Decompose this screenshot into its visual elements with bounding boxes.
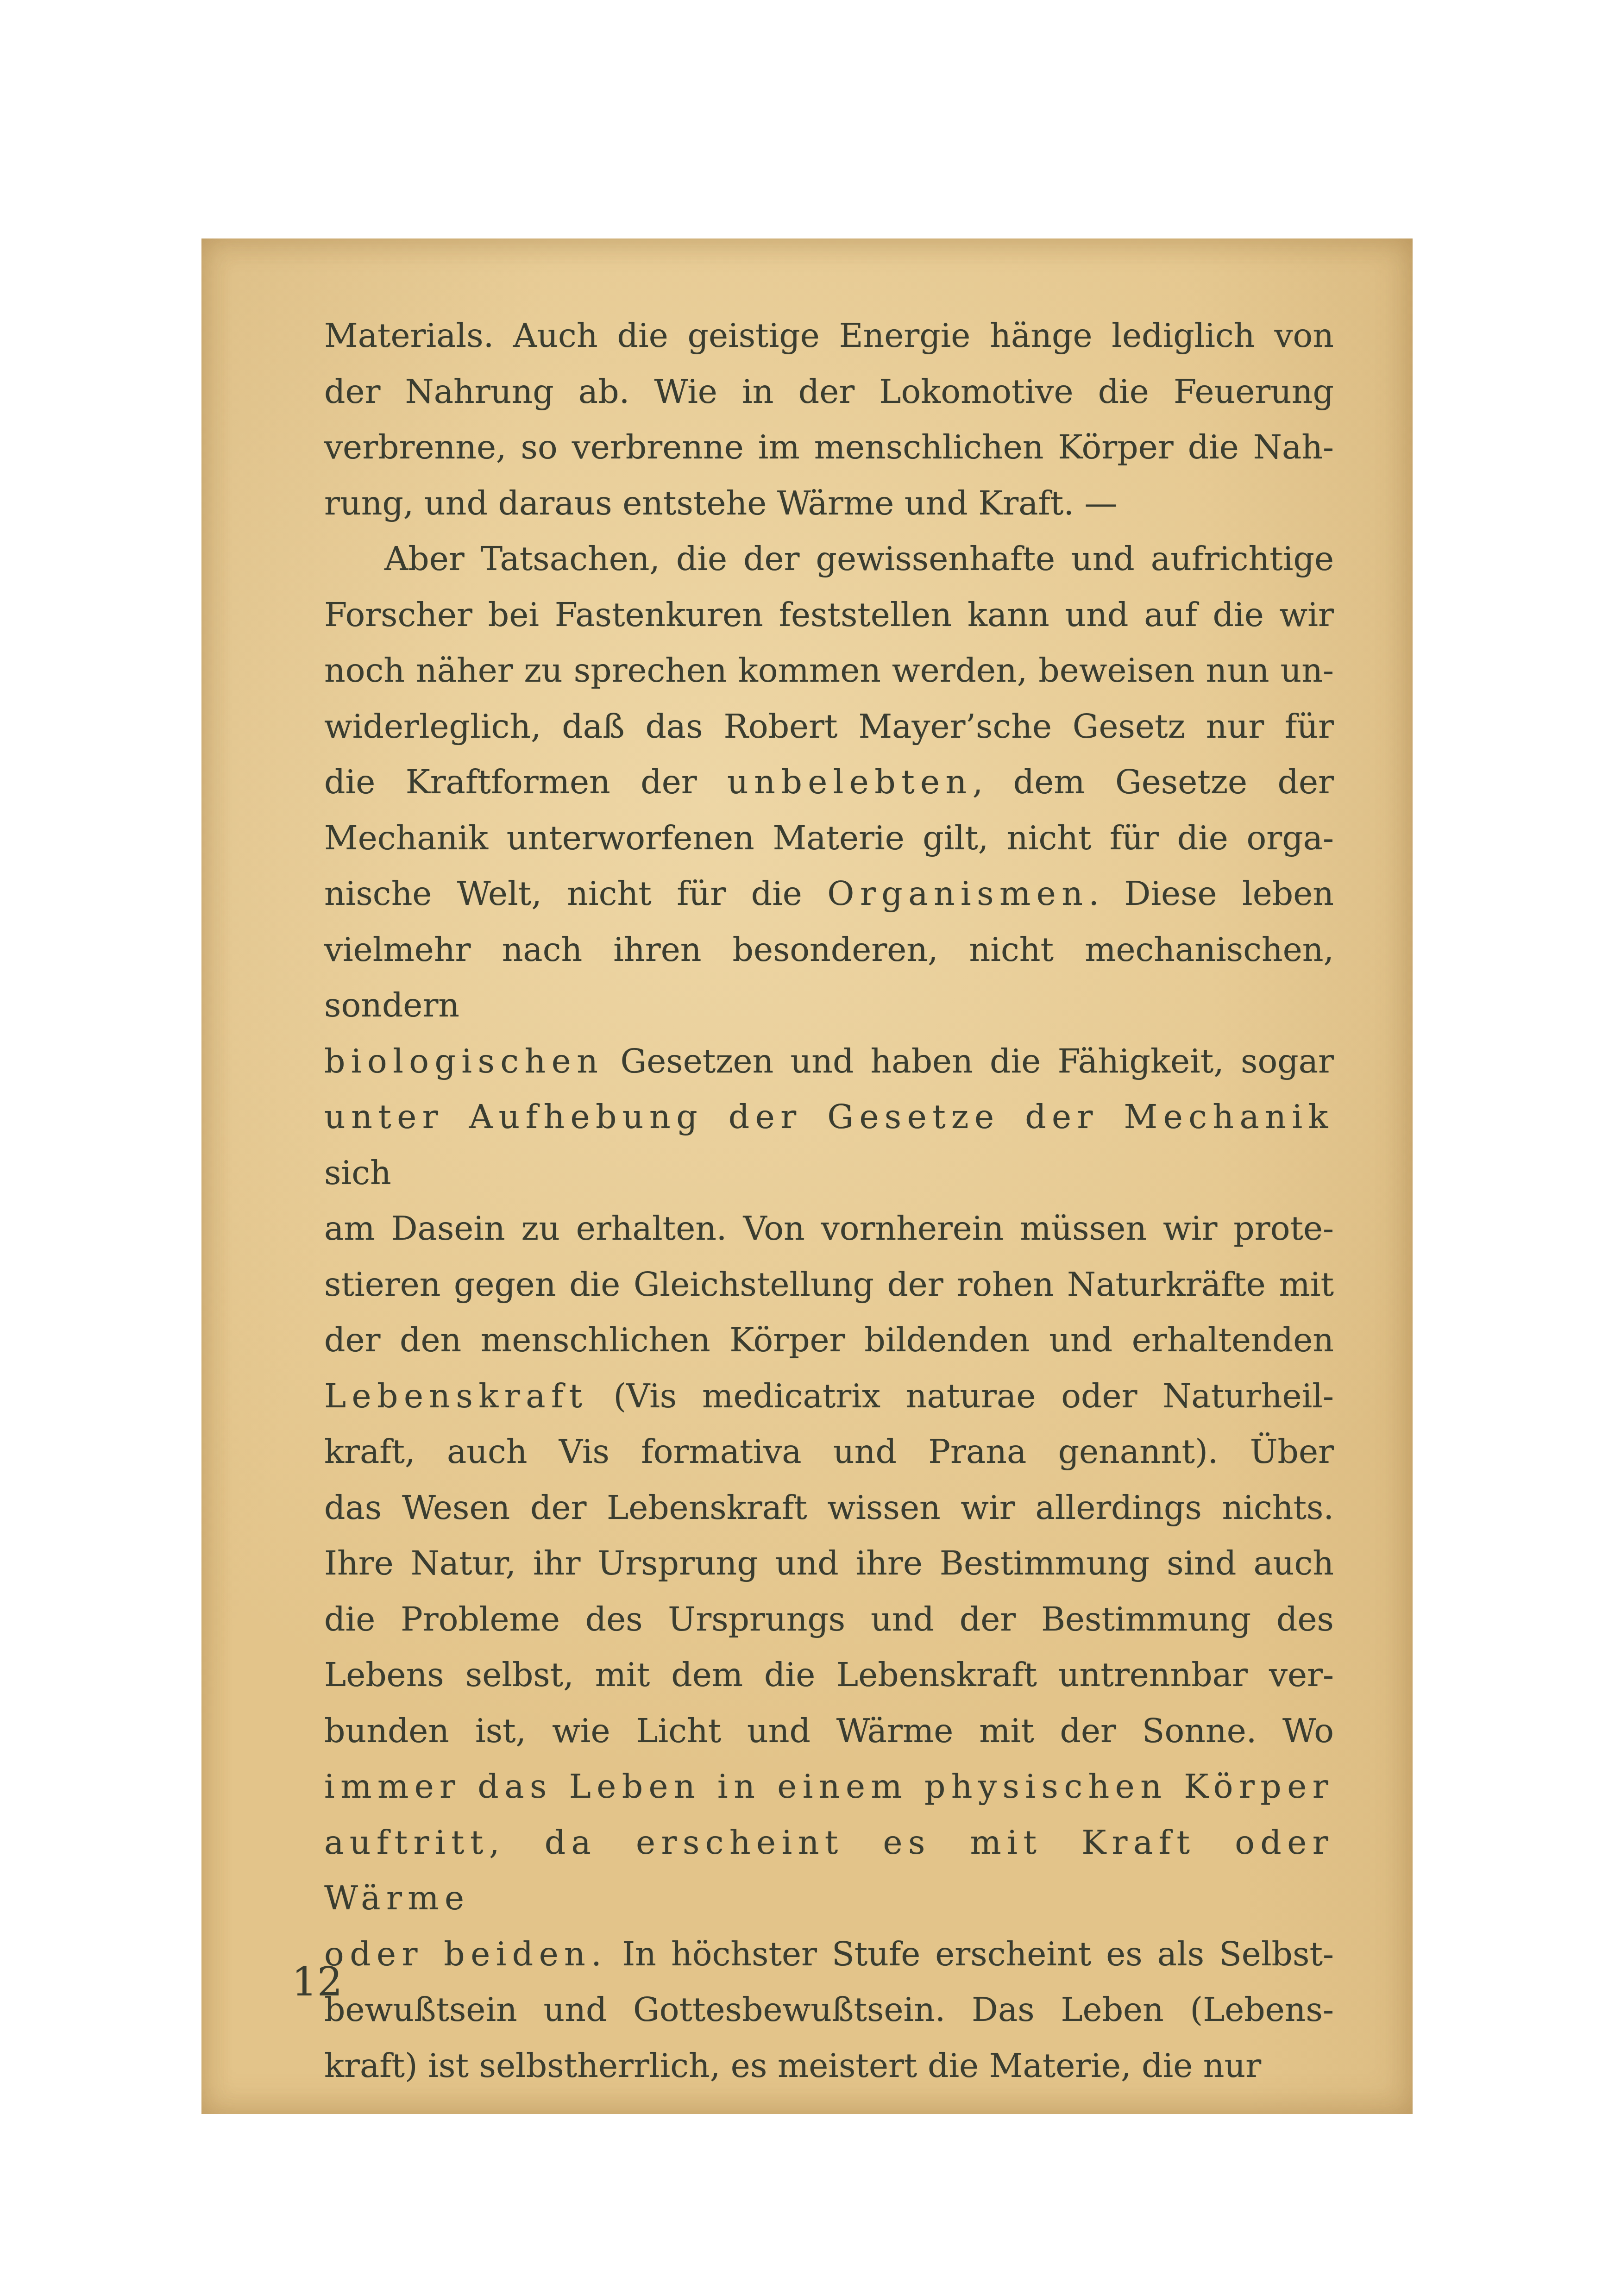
text-line: stieren gegen die Gleichstellung der roh… (324, 1257, 1334, 1313)
body-text-segment: das Wesen der Lebenskraft wissen wir all… (324, 1488, 1334, 1527)
text-line: das Wesen der Lebenskraft wissen wir all… (324, 1480, 1334, 1536)
body-text-segment: nische Welt, nicht für die (324, 874, 827, 913)
body-text-segment: rung, und daraus entstehe Wärme und Kraf… (324, 484, 1118, 522)
body-text-segment: Gesetzen und haben die Fähigkeit, sogar (603, 1042, 1334, 1080)
text-line: Materials. Auch die geistige Energie hän… (324, 308, 1334, 364)
text-line: Aber Tatsachen, die der gewissenhafte un… (324, 531, 1334, 587)
emphasized-spaced-text: Lebenskraft (324, 1377, 588, 1415)
text-line: immer das Leben in einem physischen Körp… (324, 1759, 1334, 1815)
body-text: Materials. Auch die geistige Energie hän… (324, 308, 1334, 2094)
body-text-segment: bunden ist, wie Licht und Wärme mit der … (324, 1712, 1334, 1750)
text-line: kraft) ist selbstherrlich, es meistert d… (324, 2038, 1334, 2094)
body-text-segment: die Probleme des Ursprungs und der Besti… (324, 1600, 1334, 1638)
text-line: auftritt, da erscheint es mit Kraft oder… (324, 1815, 1334, 1926)
text-line: vielmehr nach ihren besonderen, nicht me… (324, 922, 1334, 1034)
emphasized-spaced-text: unter Aufhebung der Gesetze der Mechanik (324, 1098, 1334, 1136)
text-line: Lebens selbst, mit dem die Lebenskraft u… (324, 1647, 1334, 1703)
body-text-segment: verbrenne, so verbrenne im menschlichen … (324, 428, 1334, 466)
body-text-segment: vielmehr nach ihren besonderen, nicht me… (324, 930, 1334, 1025)
text-line: Mechanik unterworfenen Materie gilt, nic… (324, 810, 1334, 866)
body-text-segment: die Kraftformen der (324, 763, 727, 801)
text-line: der Nahrung ab. Wie in der Lokomotive di… (324, 364, 1334, 420)
text-line: bunden ist, wie Licht und Wärme mit der … (324, 1703, 1334, 1759)
text-line: widerleglich, daß das Robert Mayer’sche … (324, 699, 1334, 755)
body-text-segment: Aber Tatsachen, die der gewissenhafte un… (384, 539, 1334, 578)
body-text-segment: kraft) ist selbstherrlich, es meistert d… (324, 2046, 1261, 2085)
text-line: verbrenne, so verbrenne im menschlichen … (324, 420, 1334, 476)
body-text-segment: , dem Gesetze der (973, 763, 1334, 801)
text-line: unter Aufhebung der Gesetze der Mechanik… (324, 1089, 1334, 1201)
emphasized-spaced-text: unbelebten (727, 763, 973, 801)
text-line: der den menschlichen Körper bildenden un… (324, 1312, 1334, 1368)
body-text-segment: Mechanik unterworfenen Materie gilt, nic… (324, 819, 1334, 857)
body-text-segment: Lebens selbst, mit dem die Lebenskraft u… (324, 1656, 1334, 1694)
body-text-segment: Forscher bei Fastenkuren feststellen kan… (324, 596, 1334, 634)
page-number: 12 (292, 1959, 342, 2005)
text-line: biologischen Gesetzen und haben die Fähi… (324, 1034, 1334, 1090)
body-text-segment: der den menschlichen Körper bildenden un… (324, 1321, 1334, 1359)
body-text-segment: der Nahrung ab. Wie in der Lokomotive di… (324, 372, 1334, 411)
emphasized-spaced-text: oder beiden. (324, 1935, 607, 1973)
emphasized-spaced-text: biologischen (324, 1042, 603, 1080)
body-text-segment: am Dasein zu erhalten. Von vornherein mü… (324, 1209, 1334, 1248)
text-line: bewußtsein und Gottesbewußtsein. Das Leb… (324, 1982, 1334, 2038)
body-text-segment: sich (324, 1154, 391, 1192)
emphasized-spaced-text: immer das Leben in einem physischen Körp… (324, 1767, 1334, 1806)
body-text-segment: . Diese leben (1088, 874, 1334, 913)
text-line: Lebenskraft (Vis medicatrix naturae oder… (324, 1368, 1334, 1424)
text-line: am Dasein zu erhalten. Von vornherein mü… (324, 1201, 1334, 1257)
text-line: rung, und daraus entstehe Wärme und Kraf… (324, 476, 1334, 532)
body-text-segment: stieren gegen die Gleichstellung der roh… (324, 1265, 1334, 1304)
text-line: die Kraftformen der unbelebten, dem Gese… (324, 754, 1334, 810)
body-text-segment: noch näher zu sprechen kommen werden, be… (324, 651, 1334, 690)
text-line: oder beiden. In höchster Stufe erscheint… (324, 1926, 1334, 1982)
body-text-segment: bewußtsein und Gottesbewußtsein. Das Leb… (324, 1990, 1334, 2029)
book-page: Materials. Auch die geistige Energie hän… (201, 238, 1413, 2114)
text-line: noch näher zu sprechen kommen werden, be… (324, 643, 1334, 699)
scan-backdrop: Materials. Auch die geistige Energie hän… (0, 0, 1621, 2296)
body-text-segment: In höchster Stufe erscheint es als Selbs… (607, 1935, 1334, 1973)
body-text-segment: kraft, auch Vis formativa und Prana gena… (324, 1432, 1334, 1471)
body-text-segment: Ihre Natur, ihr Ursprung und ihre Bestim… (324, 1544, 1334, 1582)
text-line: die Probleme des Ursprungs und der Besti… (324, 1592, 1334, 1648)
text-line: Ihre Natur, ihr Ursprung und ihre Bestim… (324, 1536, 1334, 1592)
body-text-segment: Materials. Auch die geistige Energie hän… (324, 316, 1334, 355)
body-text-segment: (Vis medicatrix naturae oder Naturheil- (588, 1377, 1334, 1415)
emphasized-spaced-text: auftritt, da erscheint es mit Kraft oder… (324, 1823, 1334, 1918)
emphasized-spaced-text: Organismen (827, 874, 1088, 913)
text-line: kraft, auch Vis formativa und Prana gena… (324, 1424, 1334, 1480)
body-text-segment: widerleglich, daß das Robert Mayer’sche … (324, 707, 1334, 746)
text-line: Forscher bei Fastenkuren feststellen kan… (324, 587, 1334, 643)
text-line: nische Welt, nicht für die Organismen. D… (324, 866, 1334, 922)
